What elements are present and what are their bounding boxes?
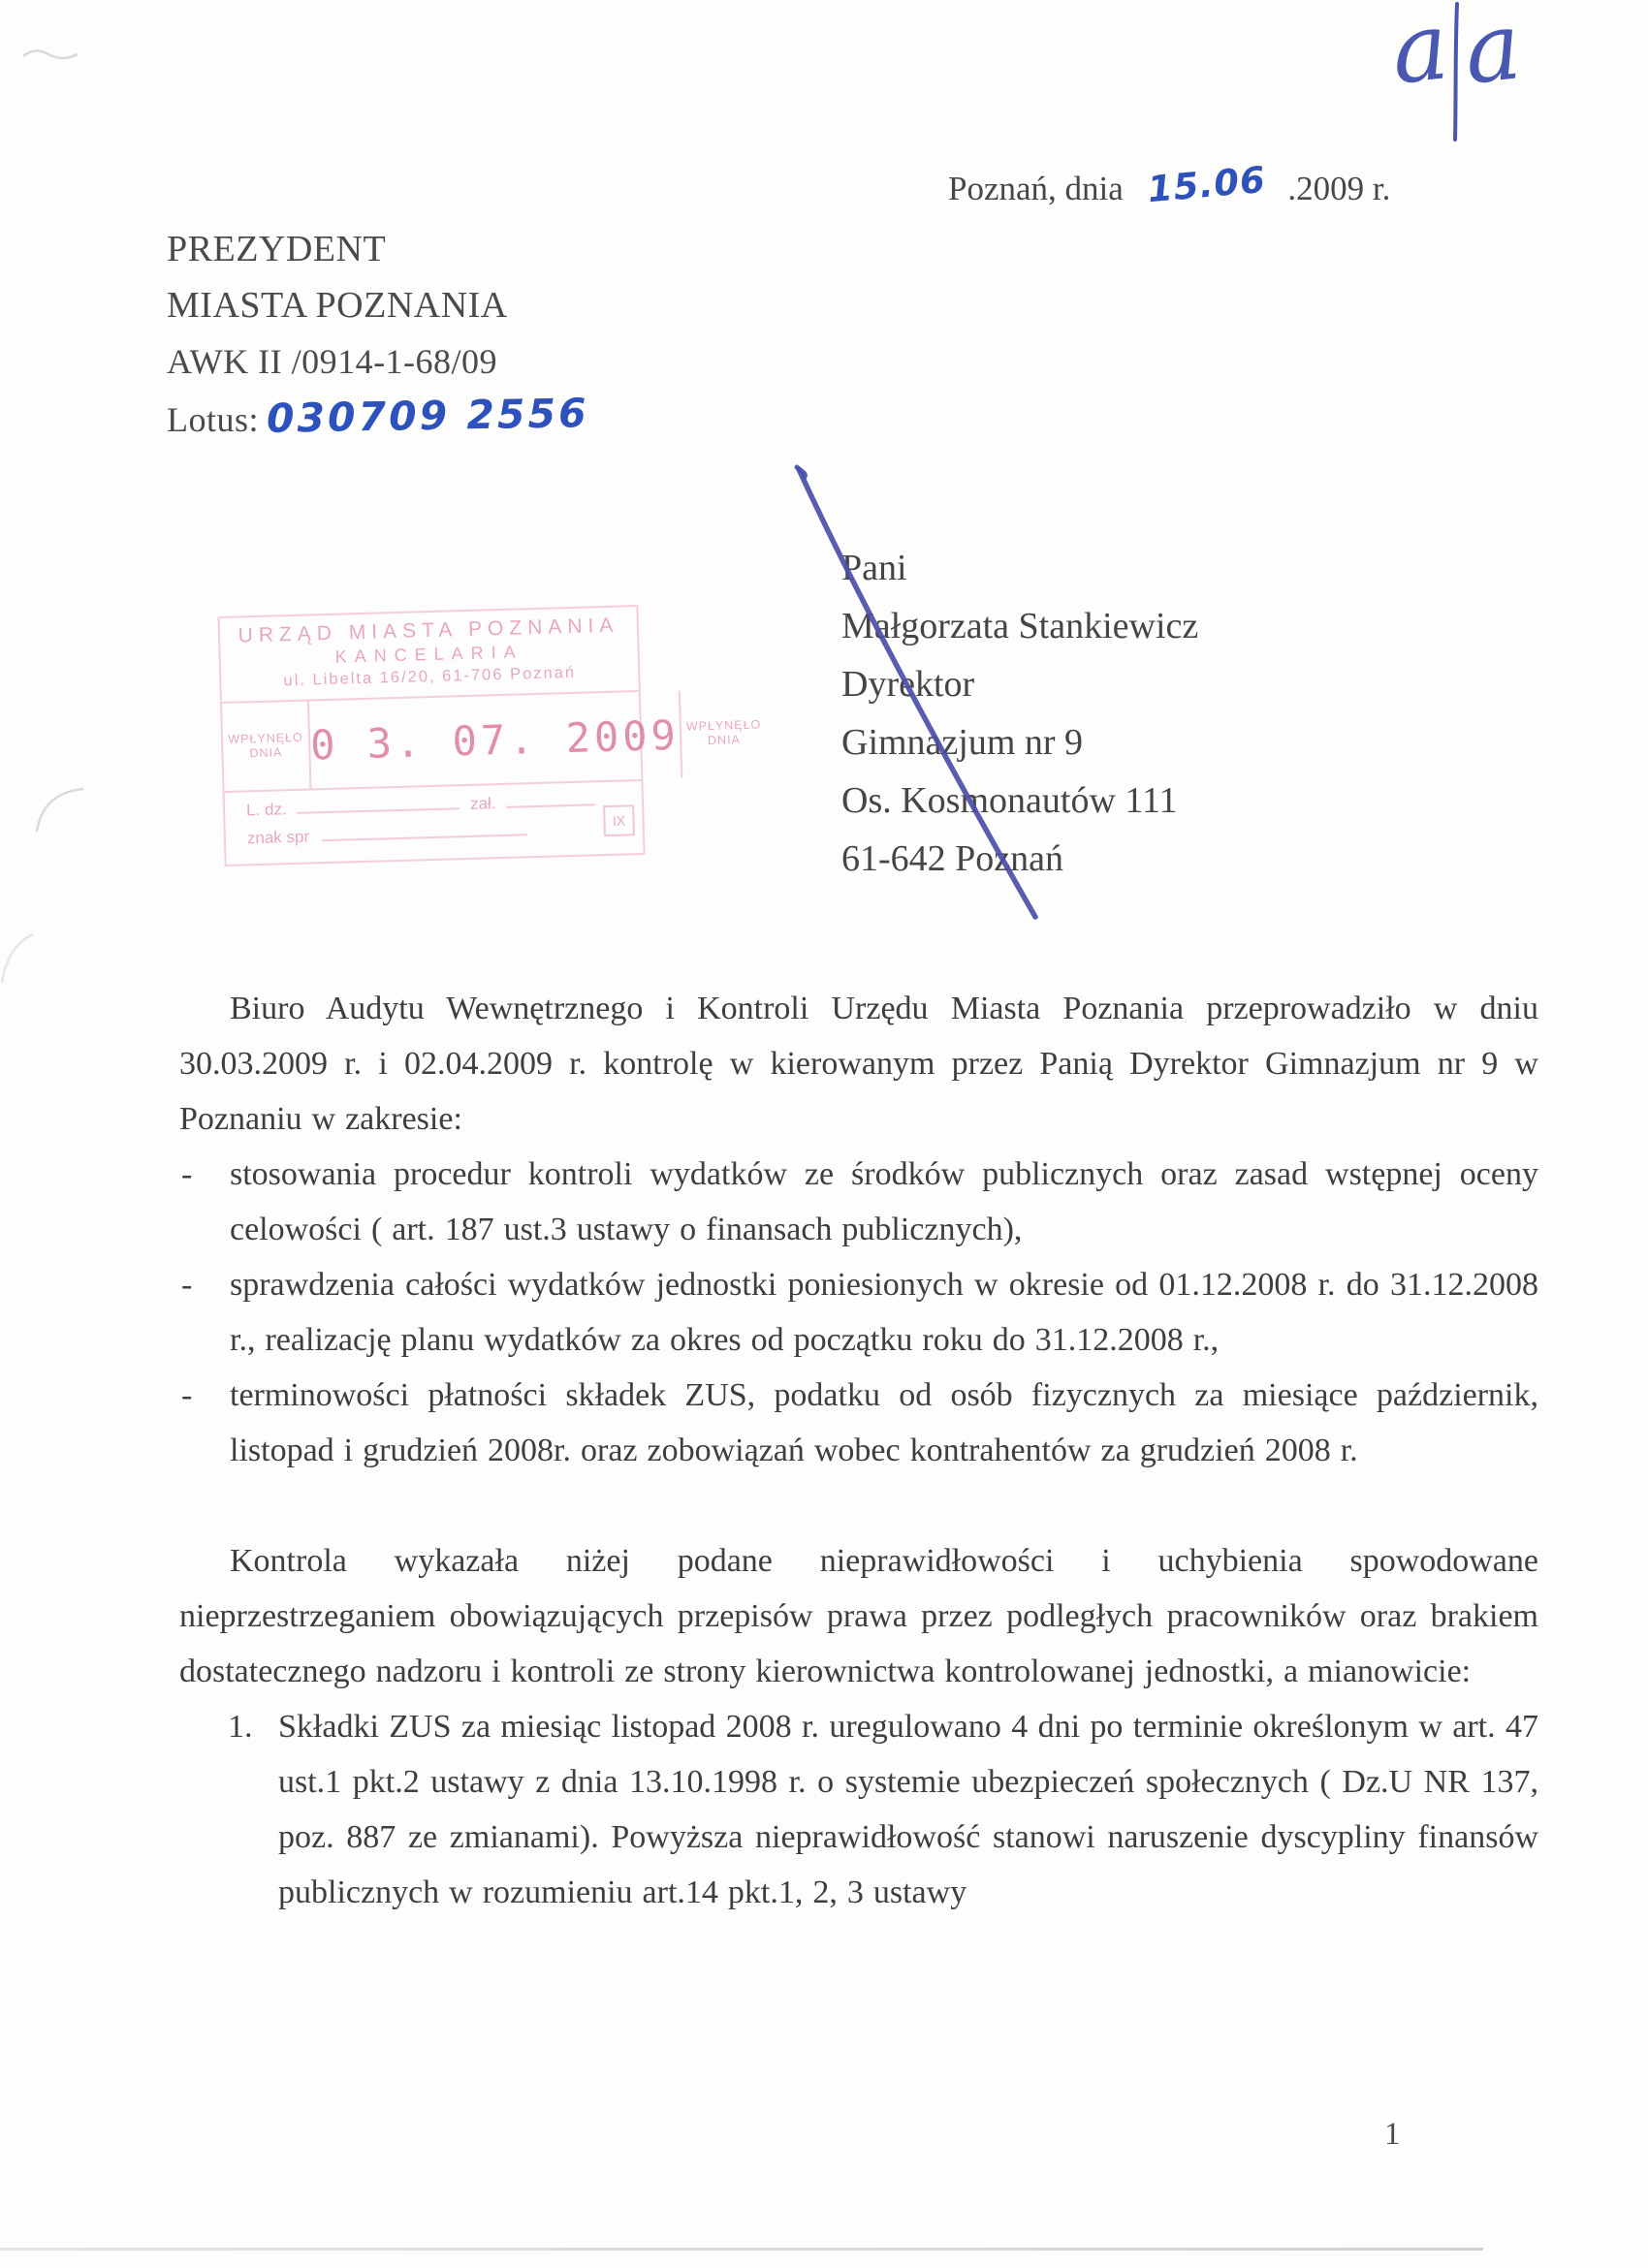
- stamp-zal-label: zał.: [470, 794, 496, 813]
- sender-block: PREZYDENT MIASTA POZNANIA AWK II /0914-1…: [167, 221, 589, 448]
- number-marker: 1.: [228, 1699, 253, 1754]
- recipient-institution: Gimnazjum nr 9: [841, 713, 1198, 772]
- list-item: - sprawdzenia całości wydatków jednostki…: [179, 1257, 1538, 1368]
- dash-marker: -: [181, 1257, 192, 1312]
- stamp-received-label-left: WPŁYNĘŁO DNIA: [222, 702, 311, 791]
- letter-body: Biuro Audytu Wewnętrznego i Kontroli Urz…: [179, 981, 1538, 1920]
- page-number: 1: [1384, 2117, 1401, 2153]
- scan-artifact-arc-1: [33, 781, 97, 835]
- aa-letter-right: a: [1460, 0, 1525, 98]
- numbered-item: 1. Składki ZUS za miesiąc listopad 2008 …: [179, 1699, 1538, 1920]
- aa-letter-left: a: [1387, 0, 1452, 98]
- list-item-text: terminowości płatności składek ZUS, poda…: [230, 1377, 1538, 1468]
- scan-artifact-arc-2: [0, 929, 39, 987]
- scan-artifact-squiggle: [21, 43, 99, 68]
- stamp-received-date: 0 3. 07. 2009: [309, 691, 681, 789]
- stamp-ldz-blank: [297, 794, 460, 814]
- recipient-city: 61-642 Poznań: [841, 830, 1198, 888]
- stamp-zal-blank: [506, 790, 595, 808]
- list-item-text: sprawdzenia całości wydatków jednostki p…: [230, 1267, 1538, 1358]
- handwritten-aa-mark: a a: [1392, 2, 1520, 143]
- list-item-text: stosowania procedur kontroli wydatków ze…: [230, 1156, 1538, 1247]
- stamp-znak-blank: [322, 820, 527, 841]
- recipient-title: Dyrektor: [841, 655, 1198, 713]
- dash-marker: -: [181, 1147, 192, 1202]
- date-line: Poznań, dnia 15.06 .2009 r.: [948, 167, 1390, 208]
- stamp-header: URZĄD MIASTA POZNANIA KANCELARIA ul. Lib…: [220, 607, 639, 702]
- scan-bottom-shadow: [0, 2248, 1483, 2251]
- date-suffix: .2009 r.: [1287, 170, 1390, 207]
- scanned-letter-page: a a Poznań, dnia 15.06 .2009 r. PREZYDEN…: [0, 0, 1648, 2268]
- stamp-ldz-label: L. dz.: [246, 800, 287, 819]
- recipient-block: Pani Małgorzata Stankiewicz Dyrektor Gim…: [841, 539, 1198, 888]
- date-prefix: Poznań, dnia: [948, 170, 1124, 207]
- sender-title-line2: MIASTA POZNANIA: [167, 277, 589, 333]
- handwritten-lotus-number: 030709 2556: [266, 385, 589, 447]
- body-paragraph-1: Biuro Audytu Wewnętrznego i Kontroli Urz…: [179, 981, 1538, 1147]
- recipient-salutation: Pani: [841, 539, 1198, 597]
- body-paragraph-2: Kontrola wykazała niżej podane nieprawid…: [179, 1533, 1538, 1699]
- sender-title-line1: PREZYDENT: [167, 221, 589, 277]
- dash-marker: -: [181, 1368, 192, 1423]
- stamp-footer: L. dz. zał. znak spr IX: [225, 781, 644, 863]
- numbered-item-text: Składki ZUS za miesiąc listopad 2008 r. …: [278, 1709, 1538, 1910]
- recipient-street: Os. Kosmonautów 111: [841, 772, 1198, 830]
- reference-number: AWK II /0914-1-68/09: [167, 333, 589, 390]
- stamp-small-box: IX: [603, 804, 635, 836]
- recipient-name: Małgorzata Stankiewicz: [841, 597, 1198, 655]
- list-item: - stosowania procedur kontroli wydatków …: [179, 1147, 1538, 1257]
- lotus-line: Lotus:030709 2556: [167, 390, 589, 448]
- stamp-received-label-right: WPŁYNĘŁO DNIA: [679, 688, 768, 777]
- registry-stamp: URZĄD MIASTA POZNANIA KANCELARIA ul. Lib…: [217, 605, 645, 866]
- stamp-znak-label: znak spr: [247, 828, 310, 848]
- lotus-label: Lotus:: [167, 400, 259, 439]
- list-item: - terminowości płatności składek ZUS, po…: [179, 1368, 1538, 1478]
- handwritten-date: 15.06: [1146, 159, 1267, 210]
